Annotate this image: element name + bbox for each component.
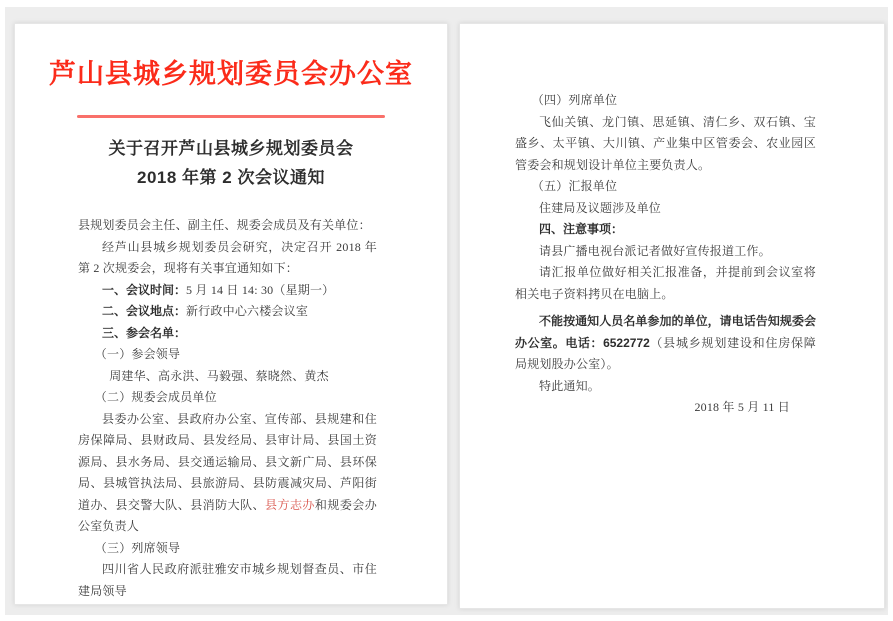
doc-paragraph: 县规划委员会主任、副主任、规委会成员及有关单位： <box>78 215 377 237</box>
notice-title-line2: 2018 年第 2 次会议通知 <box>35 163 427 192</box>
bold-run: 三、参会名单： <box>102 326 186 340</box>
text-run: 住建局及议题涉及单位 <box>539 201 661 215</box>
doc-paragraph: （二）规委会成员单位 <box>78 387 377 409</box>
doc-paragraph: 不能按通知人员名单参加的单位，请电话告知规委会办公室。电话：6522772（县城… <box>515 311 816 376</box>
page2-footer: 2018 年 5 月 11 日 <box>515 397 816 419</box>
bold-run: 二、会议地点： <box>102 304 186 318</box>
doc-paragraph: 四川省人民政府派驻雅安市城乡规划督查员、市住建局领导 <box>78 559 377 602</box>
doc-paragraph: 住建局及议题涉及单位 <box>515 198 816 220</box>
page2-body: （四）列席单位飞仙关镇、龙门镇、思延镇、清仁乡、双石镇、宝盛乡、太平镇、大川镇、… <box>460 24 884 397</box>
doc-paragraph: 四、注意事项： <box>515 219 816 241</box>
text-run: （一）参会领导 <box>95 347 180 361</box>
red-highlight-text: 县方志办 <box>265 498 315 512</box>
doc-paragraph: 请汇报单位做好相关汇报准备，并提前到会议室将相关电子资料拷贝在电脑上。 <box>515 262 816 305</box>
document-page-1: 芦山县城乡规划委员会办公室 关于召开芦山县城乡规划委员会 2018 年第 2 次… <box>14 23 448 605</box>
text-run: 请汇报单位做好相关汇报准备，并提前到会议室将相关电子资料拷贝在电脑上。 <box>515 265 816 301</box>
text-run: 县规划委员会主任、副主任、规委会成员及有关单位： <box>78 218 371 232</box>
document-page-2: （四）列席单位飞仙关镇、龙门镇、思延镇、清仁乡、双石镇、宝盛乡、太平镇、大川镇、… <box>459 23 885 609</box>
doc-paragraph: （五）汇报单位 <box>515 176 816 198</box>
doc-paragraph: 县委办公室、县政府办公室、宣传部、县规建和住房保障局、县财政局、县发经局、县审计… <box>78 409 377 538</box>
doc-paragraph: （三）列席领导 <box>78 538 377 560</box>
text-run: 新行政中心六楼会议室 <box>186 304 308 318</box>
doc-paragraph: （一）参会领导 <box>78 344 377 366</box>
doc-paragraph: 二、会议地点：新行政中心六楼会议室 <box>78 301 377 323</box>
bold-run: 一、会议时间： <box>102 283 186 297</box>
doc-paragraph: 飞仙关镇、龙门镇、思延镇、清仁乡、双石镇、宝盛乡、太平镇、大川镇、产业集中区管委… <box>515 112 816 177</box>
text-run: 四川省人民政府派驻雅安市城乡规划督查员、市住建局领导 <box>78 562 377 598</box>
document-viewer-background: 芦山县城乡规划委员会办公室 关于召开芦山县城乡规划委员会 2018 年第 2 次… <box>5 7 888 615</box>
page1-body: 县规划委员会主任、副主任、规委会成员及有关单位：经芦山县城乡规划委员会研究，决定… <box>78 215 377 602</box>
text-run: 特此通知。 <box>539 379 600 393</box>
text-run: 请县广播电视台派记者做好宣传报道工作。 <box>539 244 771 258</box>
doc-paragraph: 一、会议时间：5 月 14 日 14: 30（星期一） <box>78 280 377 302</box>
text-run: （二）规委会成员单位 <box>95 390 217 404</box>
doc-paragraph: 经芦山县城乡规划委员会研究，决定召开 2018 年第 2 次规委会，现将有关事宜… <box>78 237 377 280</box>
doc-paragraph: 请县广播电视台派记者做好宣传报道工作。 <box>515 241 816 263</box>
doc-paragraph: 三、参会名单： <box>78 323 377 345</box>
doc-paragraph: 周建华、高永洪、马毅强、蔡晓然、黄杰 <box>78 366 377 388</box>
bold-run: 四、注意事项： <box>539 222 623 236</box>
text-run: 5 月 14 日 14: 30（星期一） <box>186 283 334 297</box>
letterhead-rule <box>77 115 385 118</box>
text-run: 县委办公室、县政府办公室、宣传部、县规建和住房保障局、县财政局、县发经局、县审计… <box>78 412 377 512</box>
text-run: （四）列席单位 <box>532 93 617 107</box>
notice-date: 2018 年 5 月 11 日 <box>515 397 816 419</box>
doc-paragraph: （四）列席单位 <box>515 90 816 112</box>
text-run: 经芦山县城乡规划委员会研究，决定召开 2018 年第 2 次规委会，现将有关事宜… <box>78 240 377 276</box>
letterhead-office-title: 芦山县城乡规划委员会办公室 <box>25 57 437 91</box>
text-run: （三）列席领导 <box>95 541 180 555</box>
text-run: （五）汇报单位 <box>532 179 617 193</box>
notice-title-line1: 关于召开芦山县城乡规划委员会 <box>35 134 427 163</box>
doc-paragraph: 特此通知。 <box>515 376 816 398</box>
text-run: 周建华、高永洪、马毅强、蔡晓然、黄杰 <box>109 369 329 383</box>
notice-title: 关于召开芦山县城乡规划委员会 2018 年第 2 次会议通知 <box>35 134 427 192</box>
text-run: 飞仙关镇、龙门镇、思延镇、清仁乡、双石镇、宝盛乡、太平镇、大川镇、产业集中区管委… <box>515 115 816 172</box>
